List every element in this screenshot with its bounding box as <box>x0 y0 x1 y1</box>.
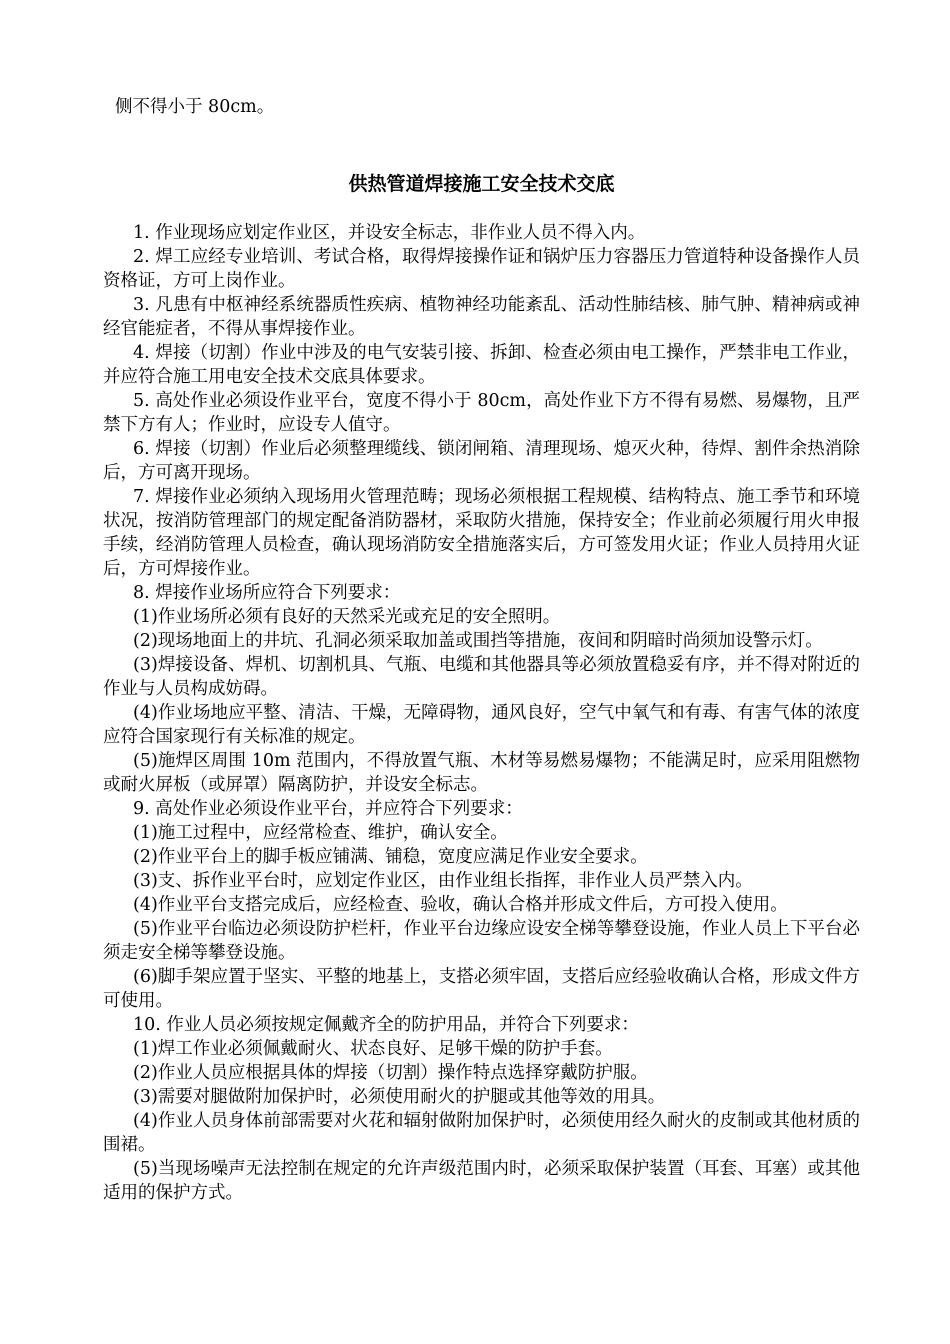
paragraph-item-4: 4. 焊接（切割）作业中涉及的电气安装引接、拆卸、检查必须由电工操作，严禁非电工… <box>103 341 860 389</box>
paragraph-item-9: 9. 高处作业必须设作业平台，并应符合下列要求： <box>103 797 860 821</box>
document-body: 1. 作业现场应划定作业区，并设安全标志，非作业人员不得入内。 2. 焊工应经专… <box>103 221 860 1205</box>
paragraph-item-8-sub-3: (3)焊接设备、焊机、切割机具、气瓶、电缆和其他器具等必须放置稳妥有序，并不得对… <box>103 653 860 701</box>
paragraph-item-9-sub-4: (4)作业平台支搭完成后，应经检查、验收，确认合格并形成文件后，方可投入使用。 <box>103 893 860 917</box>
paragraph-item-9-sub-3: (3)支、拆作业平台时，应划定作业区，由作业组长指挥，非作业人员严禁入内。 <box>103 869 860 893</box>
paragraph-item-3: 3. 凡患有中枢神经系统器质性疾病、植物神经功能紊乱、活动性肺结核、肺气肿、精神… <box>103 293 860 341</box>
paragraph-item-9-sub-5: (5)作业平台临边必须设防护栏杆，作业平台边缘应设安全梯等攀登设施，作业人员上下… <box>103 917 860 965</box>
document-title: 供热管道焊接施工安全技术交底 <box>103 172 860 196</box>
paragraph-item-10-sub-1: (1)焊工作业必须佩戴耐火、状态良好、足够干燥的防护手套。 <box>103 1037 860 1061</box>
paragraph-item-10-sub-3: (3)需要对腿做附加保护时，必须使用耐火的护腿或其他等效的用具。 <box>103 1085 860 1109</box>
paragraph-item-1: 1. 作业现场应划定作业区，并设安全标志，非作业人员不得入内。 <box>103 221 860 245</box>
paragraph-item-5: 5. 高处作业必须设作业平台，宽度不得小于 80cm，高处作业下方不得有易燃、易… <box>103 389 860 437</box>
paragraph-item-10-sub-2: (2)作业人员应根据具体的焊接（切割）操作特点选择穿戴防护服。 <box>103 1061 860 1085</box>
paragraph-item-8: 8. 焊接作业场所应符合下列要求： <box>103 581 860 605</box>
paragraph-item-2: 2. 焊工应经专业培训、考试合格，取得焊接操作证和锅炉压力容器压力管道特种设备操… <box>103 245 860 293</box>
paragraph-item-8-sub-5: (5)施焊区周围 10m 范围内，不得放置气瓶、木材等易燃易爆物；不能满足时，应… <box>103 749 860 797</box>
paragraph-item-10-sub-5: (5)当现场噪声无法控制在规定的允许声级范围内时，必须采取保护装置（耳套、耳塞）… <box>103 1157 860 1205</box>
paragraph-item-10-sub-4: (4)作业人员身体前部需要对火花和辐射做附加保护时，必须使用经久耐火的皮制或其他… <box>103 1109 860 1157</box>
paragraph-item-6: 6. 焊接（切割）作业后必须整理缆线、锁闭闸箱、清理现场、熄灭火种，待焊、割件余… <box>103 437 860 485</box>
paragraph-item-10: 10. 作业人员必须按规定佩戴齐全的防护用品，并符合下列要求： <box>103 1013 860 1037</box>
document-page: 侧不得小于 80cm。 供热管道焊接施工安全技术交底 1. 作业现场应划定作业区… <box>0 0 950 1344</box>
paragraph-item-9-sub-6: (6)脚手架应置于坚实、平整的地基上，支搭必须牢固，支搭后应经验收确认合格，形成… <box>103 965 860 1013</box>
paragraph-item-8-sub-2: (2)现场地面上的井坑、孔洞必须采取加盖或围挡等措施，夜间和阴暗时尚须加设警示灯… <box>103 629 860 653</box>
leading-paragraph-fragment: 侧不得小于 80cm。 <box>115 95 860 119</box>
paragraph-item-8-sub-4: (4)作业场地应平整、清洁、干燥，无障碍物，通风良好，空气中氧气和有毒、有害气体… <box>103 701 860 749</box>
paragraph-item-9-sub-1: (1)施工过程中，应经常检查、维护，确认安全。 <box>103 821 860 845</box>
paragraph-item-7: 7. 焊接作业必须纳入现场用火管理范畴；现场必须根据工程规模、结构特点、施工季节… <box>103 485 860 581</box>
paragraph-item-8-sub-1: (1)作业场所必须有良好的天然采光或充足的安全照明。 <box>103 605 860 629</box>
paragraph-item-9-sub-2: (2)作业平台上的脚手板应铺满、铺稳，宽度应满足作业安全要求。 <box>103 845 860 869</box>
